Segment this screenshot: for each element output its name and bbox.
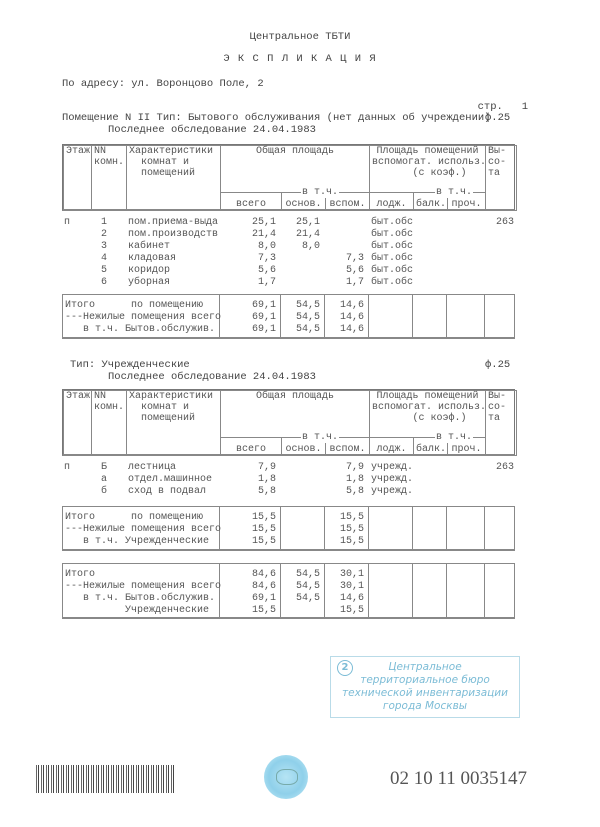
cell-room-no: 1 — [93, 217, 107, 229]
cell-type: учрежд. — [371, 462, 413, 474]
cell-floor: п — [64, 462, 70, 474]
section2-rows: п Б лестница 7,9 7,9 учрежд. 263 а отдел… — [62, 462, 515, 498]
col-characteristics: Характеристики комнат и помещений — [127, 391, 221, 456]
table-row: 4 кладовая 7,3 7,3 быт.обс — [62, 253, 515, 265]
col-total: всего — [221, 438, 282, 456]
col-total: всего — [221, 193, 282, 211]
section2-title: Тип: Учрежденческие — [70, 359, 190, 371]
col-characteristics: Характеристики комнат и помещений — [127, 146, 221, 211]
totals-label: Учрежденческие — [65, 605, 209, 617]
cell-room-no: 4 — [93, 253, 107, 265]
totals-row: Итого по помещению 69,1 54,5 14,6 — [63, 300, 514, 312]
totals-aux: 14,6 — [325, 300, 364, 312]
totals-label: в т.ч. Бытов.обслужив. — [65, 324, 215, 336]
totals-total: 69,1 — [220, 324, 276, 336]
totals-label: ---Нежилые помещения всего — [65, 524, 221, 536]
cell-type: быт.обс — [371, 217, 413, 229]
cell-aux: 7,9 — [324, 462, 364, 474]
cell-main: 21,4 — [280, 229, 320, 241]
col-aux-area: Площадь помещений вспомогат. использ. (с… — [370, 391, 486, 438]
cell-name: уборная — [128, 277, 170, 289]
cell-name: кладовая — [128, 253, 176, 265]
section1-title: Помещение N II Тип: Бытового обслуживани… — [62, 112, 490, 124]
col-room-no: NN комн. — [92, 146, 127, 211]
stamp-line: города Москвы — [331, 700, 519, 713]
totals-label: ---Нежилые помещения всего — [65, 581, 221, 593]
cell-total: 5,8 — [219, 486, 276, 498]
cell-room-no: Б — [93, 462, 107, 474]
col-total-area: Общая площадь — [221, 146, 370, 193]
cell-total: 7,3 — [219, 253, 276, 265]
col-aux-area: Площадь помещений вспомогат. использ. (с… — [370, 146, 486, 193]
col-floor: Этаж — [64, 391, 92, 456]
cell-main: 8,0 — [280, 241, 320, 253]
totals-aux: 14,6 — [325, 324, 364, 336]
page-indicator: стр. 1 — [465, 89, 528, 113]
totals-main: 54,5 — [281, 300, 320, 312]
cell-total: 5,6 — [219, 265, 276, 277]
cell-room-no: б — [93, 486, 107, 498]
incl-label: в т.ч. — [301, 433, 339, 443]
totals-label: Итого по помещению — [65, 512, 203, 524]
totals-row: в т.ч. Учрежденческие 15,5 15,5 — [63, 536, 514, 548]
cell-type: быт.обс — [371, 253, 413, 265]
cell-type: учрежд. — [371, 474, 413, 486]
totals-main: 54,5 — [281, 581, 320, 593]
hologram-seal-icon — [264, 755, 308, 799]
col-loggia: лодж. — [370, 438, 414, 456]
stamp-line: территориальное бюро — [331, 674, 519, 687]
cell-height: 263 — [488, 217, 514, 229]
totals-row: ---Нежилые помещения всего 15,5 15,5 — [63, 524, 514, 536]
col-loggia: лодж. — [370, 193, 414, 211]
page-number: 1 — [522, 101, 528, 113]
col-floor: Этаж — [64, 146, 92, 211]
section1-survey: Последнее обследование 24.04.1983 — [108, 124, 316, 136]
totals-label: в т.ч. Бытов.обслужив. — [65, 593, 215, 605]
table-row: 3 кабинет 8,0 8,0 быт.обс — [62, 241, 515, 253]
totals-total: 84,6 — [220, 569, 276, 581]
cell-total: 8,0 — [219, 241, 276, 253]
totals-aux: 30,1 — [325, 581, 364, 593]
cell-type: быт.обс — [371, 229, 413, 241]
totals-main: 54,5 — [281, 569, 320, 581]
serial-number: 02 10 11 0035147 — [390, 768, 527, 790]
totals-label: Итого — [65, 569, 95, 581]
barcode — [36, 765, 174, 793]
totals-total: 69,1 — [220, 593, 276, 605]
cell-total: 7,9 — [219, 462, 276, 474]
cell-total: 21,4 — [219, 229, 276, 241]
cell-main: 25,1 — [280, 217, 320, 229]
address: По адресу: ул. Воронцово Поле, 2 — [62, 78, 264, 90]
section1-totals: Итого по помещению 69,1 54,5 14,6 ---Неж… — [62, 294, 515, 339]
section2-form: ф.25 — [485, 359, 510, 371]
totals-total: 15,5 — [220, 536, 276, 548]
totals-total: 15,5 — [220, 605, 276, 617]
cell-aux: 1,7 — [324, 277, 364, 289]
totals-aux: 14,6 — [325, 312, 364, 324]
cell-room-no: 6 — [93, 277, 107, 289]
totals-aux: 14,6 — [325, 593, 364, 605]
bti-stamp: 2 Центральное территориальное бюро техни… — [330, 656, 520, 718]
cell-total: 1,8 — [219, 474, 276, 486]
totals-total: 69,1 — [220, 300, 276, 312]
section2-totals: Итого по помещению 15,5 15,5 ---Нежилые … — [62, 506, 515, 551]
document-title: Э К С П Л И К А Ц И Я — [0, 53, 600, 65]
col-height: Вы- со- та — [486, 391, 517, 456]
cell-name: кабинет — [128, 241, 170, 253]
totals-aux: 15,5 — [325, 536, 364, 548]
table-row: п 1 пом.приема-выда 25,1 25,1 быт.обс 26… — [62, 217, 515, 229]
table-row: 5 коридор 5,6 5,6 быт.обс — [62, 265, 515, 277]
totals-main: 54,5 — [281, 312, 320, 324]
totals-label: Итого по помещению — [65, 300, 203, 312]
col-height: Вы- со- та — [486, 146, 517, 211]
cell-height: 263 — [488, 462, 514, 474]
cell-floor: п — [64, 217, 70, 229]
totals-row: Итого 84,6 54,5 30,1 — [63, 569, 514, 581]
totals-aux: 30,1 — [325, 569, 364, 581]
totals-total: 15,5 — [220, 512, 276, 524]
totals-total: 69,1 — [220, 312, 276, 324]
section2-table-header: Этаж NN комн. Характеристики комнат и по… — [62, 389, 515, 456]
stamp-line: технической инвентаризации — [331, 687, 519, 700]
totals-row: в т.ч. Бытов.обслужив. 69,1 54,5 14,6 — [63, 593, 514, 605]
cell-room-no: 2 — [93, 229, 107, 241]
table-row: п Б лестница 7,9 7,9 учрежд. 263 — [62, 462, 515, 474]
cell-total: 1,7 — [219, 277, 276, 289]
totals-row: ---Нежилые помещения всего 84,6 54,5 30,… — [63, 581, 514, 593]
cell-room-no: 5 — [93, 265, 107, 277]
totals-label: в т.ч. Учрежденческие — [65, 536, 209, 548]
cell-type: учрежд. — [371, 486, 413, 498]
stamp-line: Центральное — [331, 661, 519, 674]
cell-name: пом.производств — [128, 229, 218, 241]
section1-table-header: Этаж NN комн. Характеристики комнат и по… — [62, 144, 515, 211]
section1-rows: п 1 пом.приема-выда 25,1 25,1 быт.обс 26… — [62, 217, 515, 289]
section2-survey: Последнее обследование 24.04.1983 — [108, 371, 316, 383]
stamp-number-icon: 2 — [337, 660, 353, 676]
totals-row: Учрежденческие 15,5 15,5 — [63, 605, 514, 617]
grand-totals: Итого 84,6 54,5 30,1 ---Нежилые помещени… — [62, 563, 515, 619]
cell-aux: 1,8 — [324, 474, 364, 486]
cell-name: коридор — [128, 265, 170, 277]
cell-name: пом.приема-выда — [128, 217, 218, 229]
cell-aux: 7,3 — [324, 253, 364, 265]
incl-label: в т.ч. — [435, 433, 473, 443]
cell-room-no: а — [93, 474, 107, 486]
cell-name: сход в подвал — [128, 486, 206, 498]
totals-row: Итого по помещению 15,5 15,5 — [63, 512, 514, 524]
totals-row: ---Нежилые помещения всего 69,1 54,5 14,… — [63, 312, 514, 324]
totals-main: 54,5 — [281, 324, 320, 336]
totals-total: 15,5 — [220, 524, 276, 536]
section1-form: ф.25 — [485, 112, 510, 124]
cell-name: лестница — [128, 462, 176, 474]
cell-aux: 5,6 — [324, 265, 364, 277]
totals-aux: 15,5 — [325, 524, 364, 536]
totals-label: ---Нежилые помещения всего — [65, 312, 221, 324]
col-room-no: NN комн. — [92, 391, 127, 456]
table-row: 6 уборная 1,7 1,7 быт.обс — [62, 277, 515, 289]
col-total-area: Общая площадь — [221, 391, 370, 438]
table-row: а отдел.машинное 1,8 1,8 учрежд. — [62, 474, 515, 486]
totals-row: в т.ч. Бытов.обслужив. 69,1 54,5 14,6 — [63, 324, 514, 336]
cell-type: быт.обс — [371, 241, 413, 253]
cell-name: отдел.машинное — [128, 474, 212, 486]
totals-total: 84,6 — [220, 581, 276, 593]
incl-label: в т.ч. — [301, 188, 339, 198]
org-name: Центральное ТБТИ — [0, 31, 600, 43]
totals-aux: 15,5 — [325, 605, 364, 617]
cell-type: быт.обс — [371, 277, 413, 289]
cell-room-no: 3 — [93, 241, 107, 253]
incl-label: в т.ч. — [435, 188, 473, 198]
cell-total: 25,1 — [219, 217, 276, 229]
table-row: б сход в подвал 5,8 5,8 учрежд. — [62, 486, 515, 498]
totals-aux: 15,5 — [325, 512, 364, 524]
cell-type: быт.обс — [371, 265, 413, 277]
table-row: 2 пом.производств 21,4 21,4 быт.обс — [62, 229, 515, 241]
cell-aux: 5,8 — [324, 486, 364, 498]
totals-main: 54,5 — [281, 593, 320, 605]
